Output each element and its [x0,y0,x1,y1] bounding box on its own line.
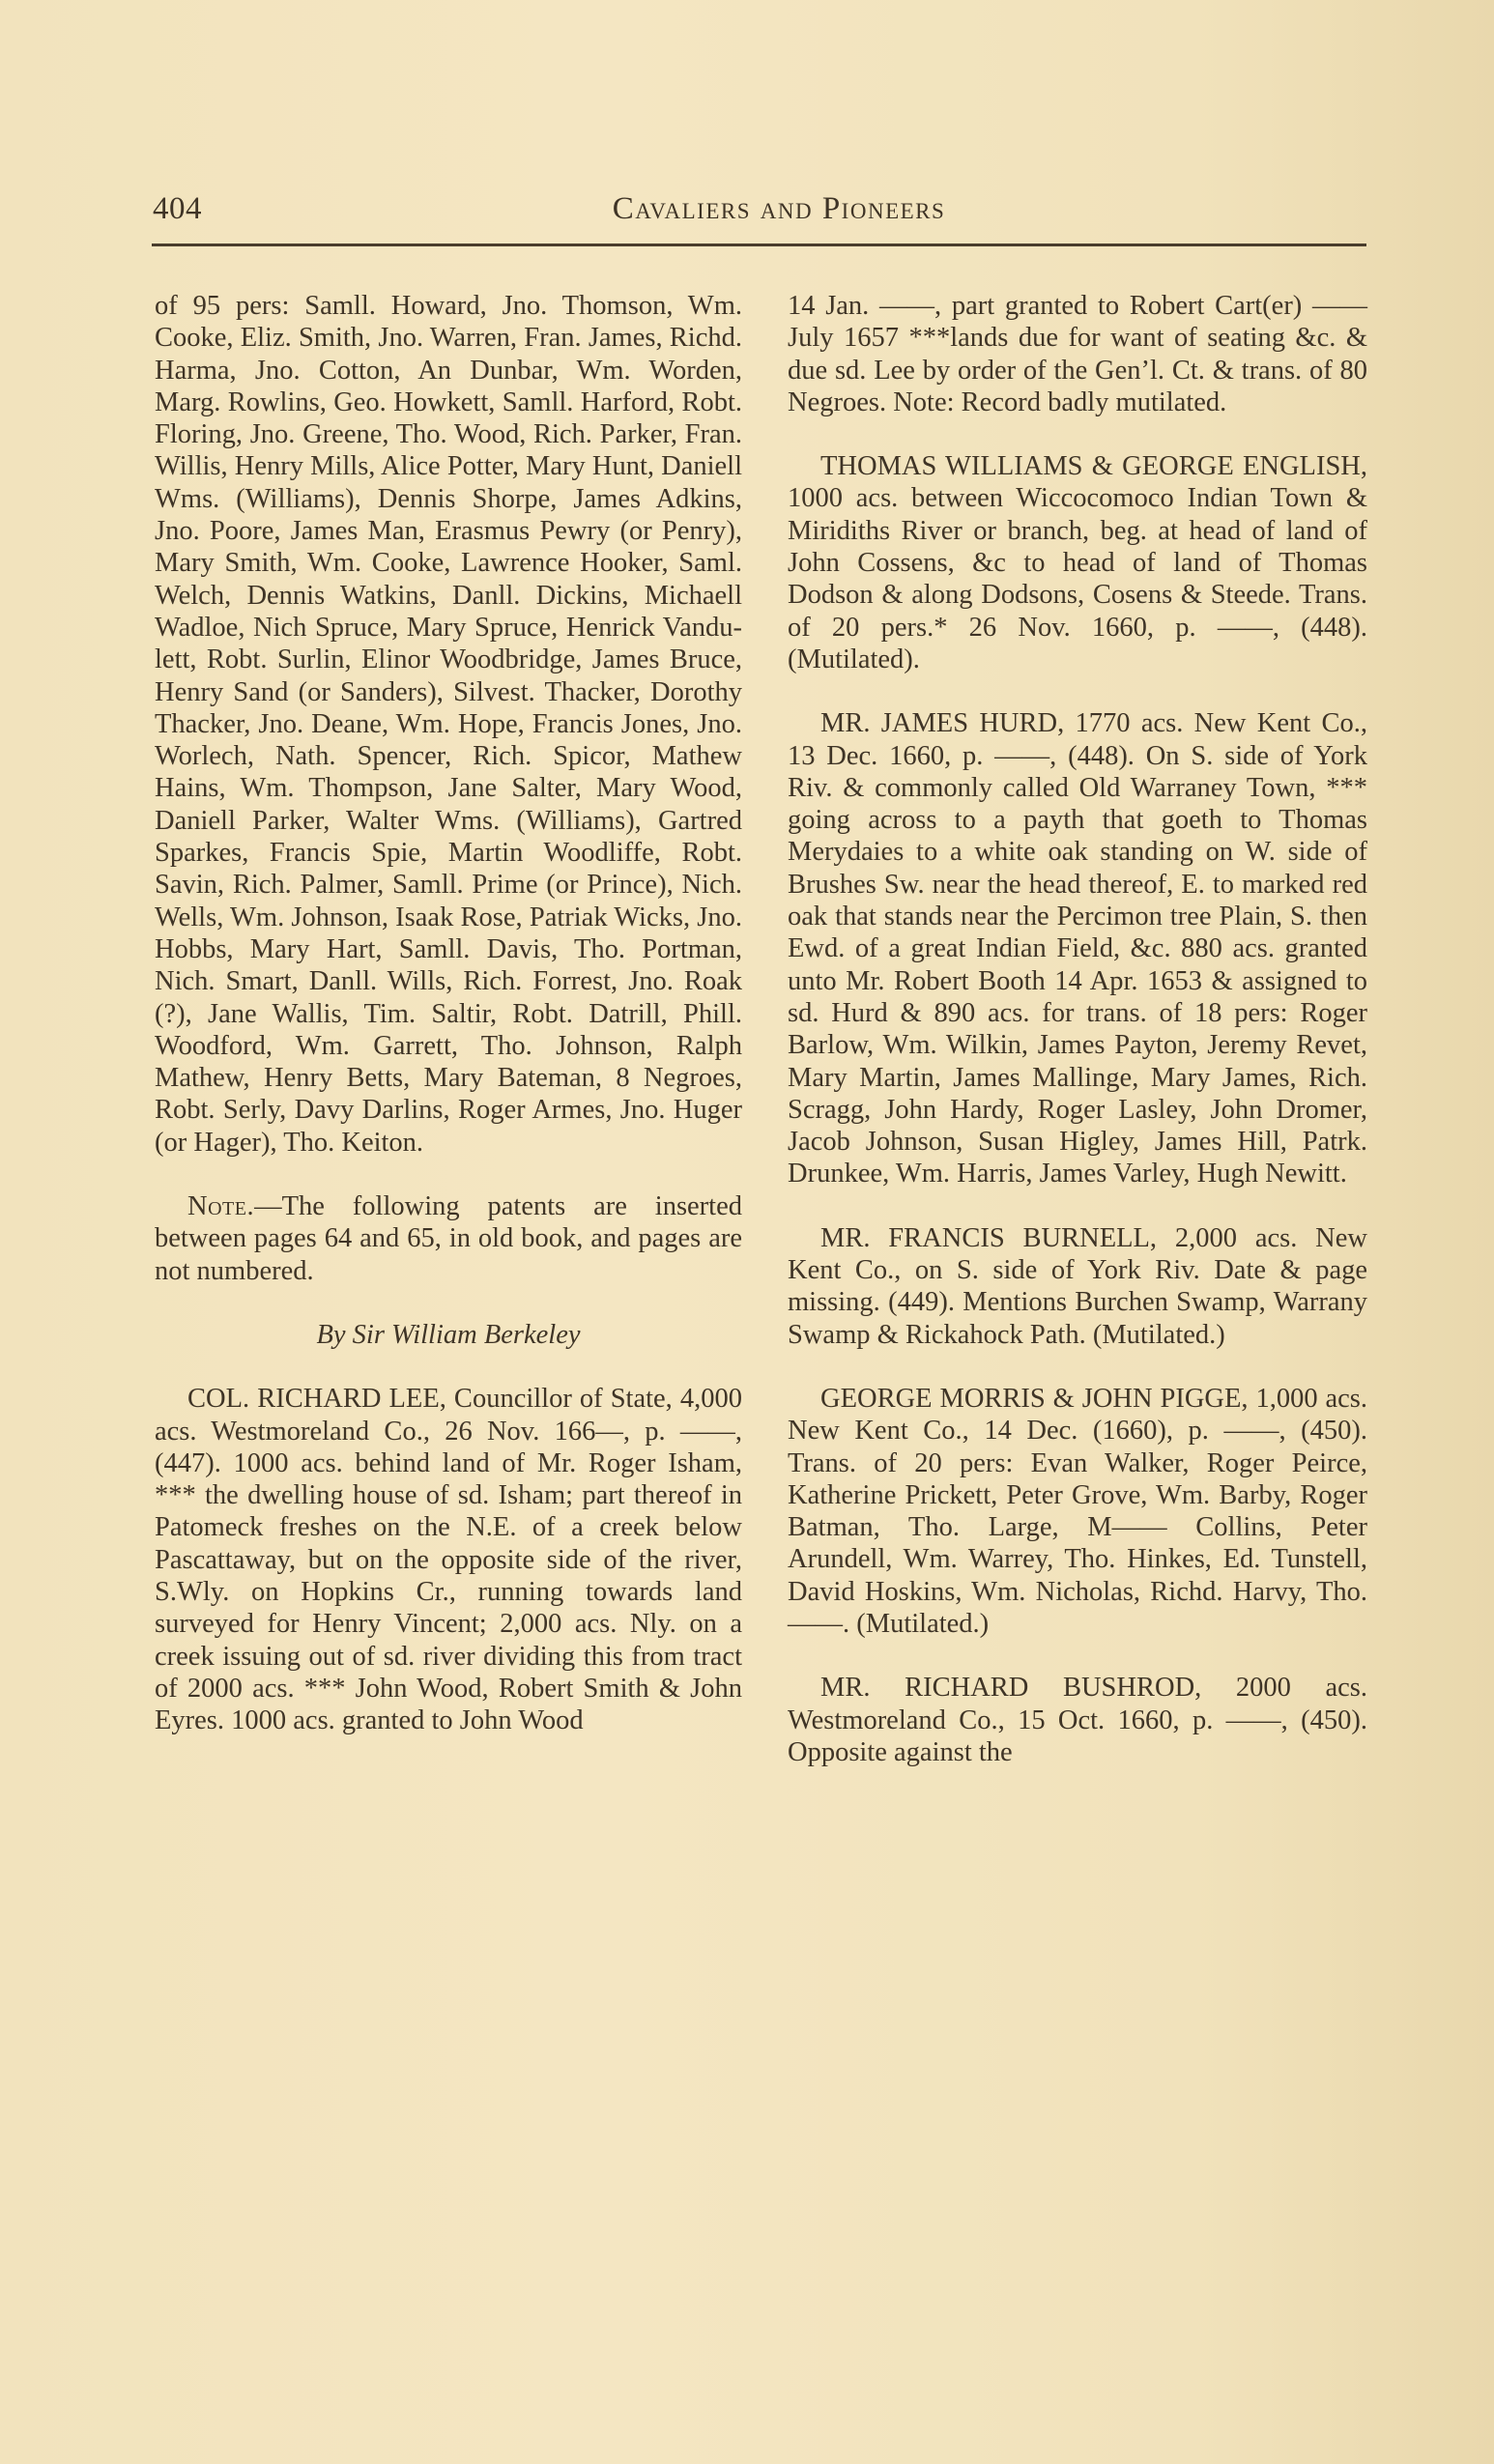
running-head: 404 Cavaliers and Pioneers [153,191,1366,236]
left-column: of 95 pers: Samll. Howard, Jno. Thom­son… [155,290,742,1736]
book-title: Cavaliers and Pioneers [153,191,1366,227]
right-column: 14 Jan. ——, part granted to Robert Cart(… [788,290,1367,1768]
header-rule-divider [152,244,1366,246]
patent-entry-francis-burnell: MR. FRANCIS BURNELL, 2,000 acs. New Kent… [788,1222,1367,1351]
note-label: Note. [187,1191,254,1221]
patent-entry-james-hurd: MR. JAMES HURD, 1770 acs. New Kent Co., … [788,707,1367,1189]
paragraph-spacer [155,1159,742,1190]
paragraph-spacer [155,1351,742,1383]
book-page: 404 Cavaliers and Pioneers of 95 pers: S… [0,0,1494,2464]
patent-entry-morris-pigge: GEORGE MORRIS & JOHN PIGGE, 1,000 acs. N… [788,1383,1367,1640]
patent-entry-richard-lee: COL. RICHARD LEE, Councillor of State, 4… [155,1383,742,1736]
paragraph-spacer [788,675,1367,707]
paragraph-spacer [788,1351,1367,1383]
paragraph-spacer [155,1287,742,1319]
patent-entry-continuation: 14 Jan. ——, part granted to Robert Cart(… [788,290,1367,418]
paragraph-spacer [788,418,1367,450]
paragraph-spacer [788,1640,1367,1672]
editor-note: Note.—The following patents are in­serte… [155,1190,742,1287]
headright-list-continuation: of 95 pers: Samll. Howard, Jno. Thom­son… [155,290,742,1159]
paragraph-spacer [788,1190,1367,1222]
section-byline: By Sir William Berkeley [155,1319,742,1351]
patent-entry-richard-bushrod: MR. RICHARD BUSHROD, 2000 acs. Westmorel… [788,1672,1367,1768]
patent-entry-williams-english: THOMAS WILLIAMS & GEORGE ENGLISH, 1000 a… [788,450,1367,675]
